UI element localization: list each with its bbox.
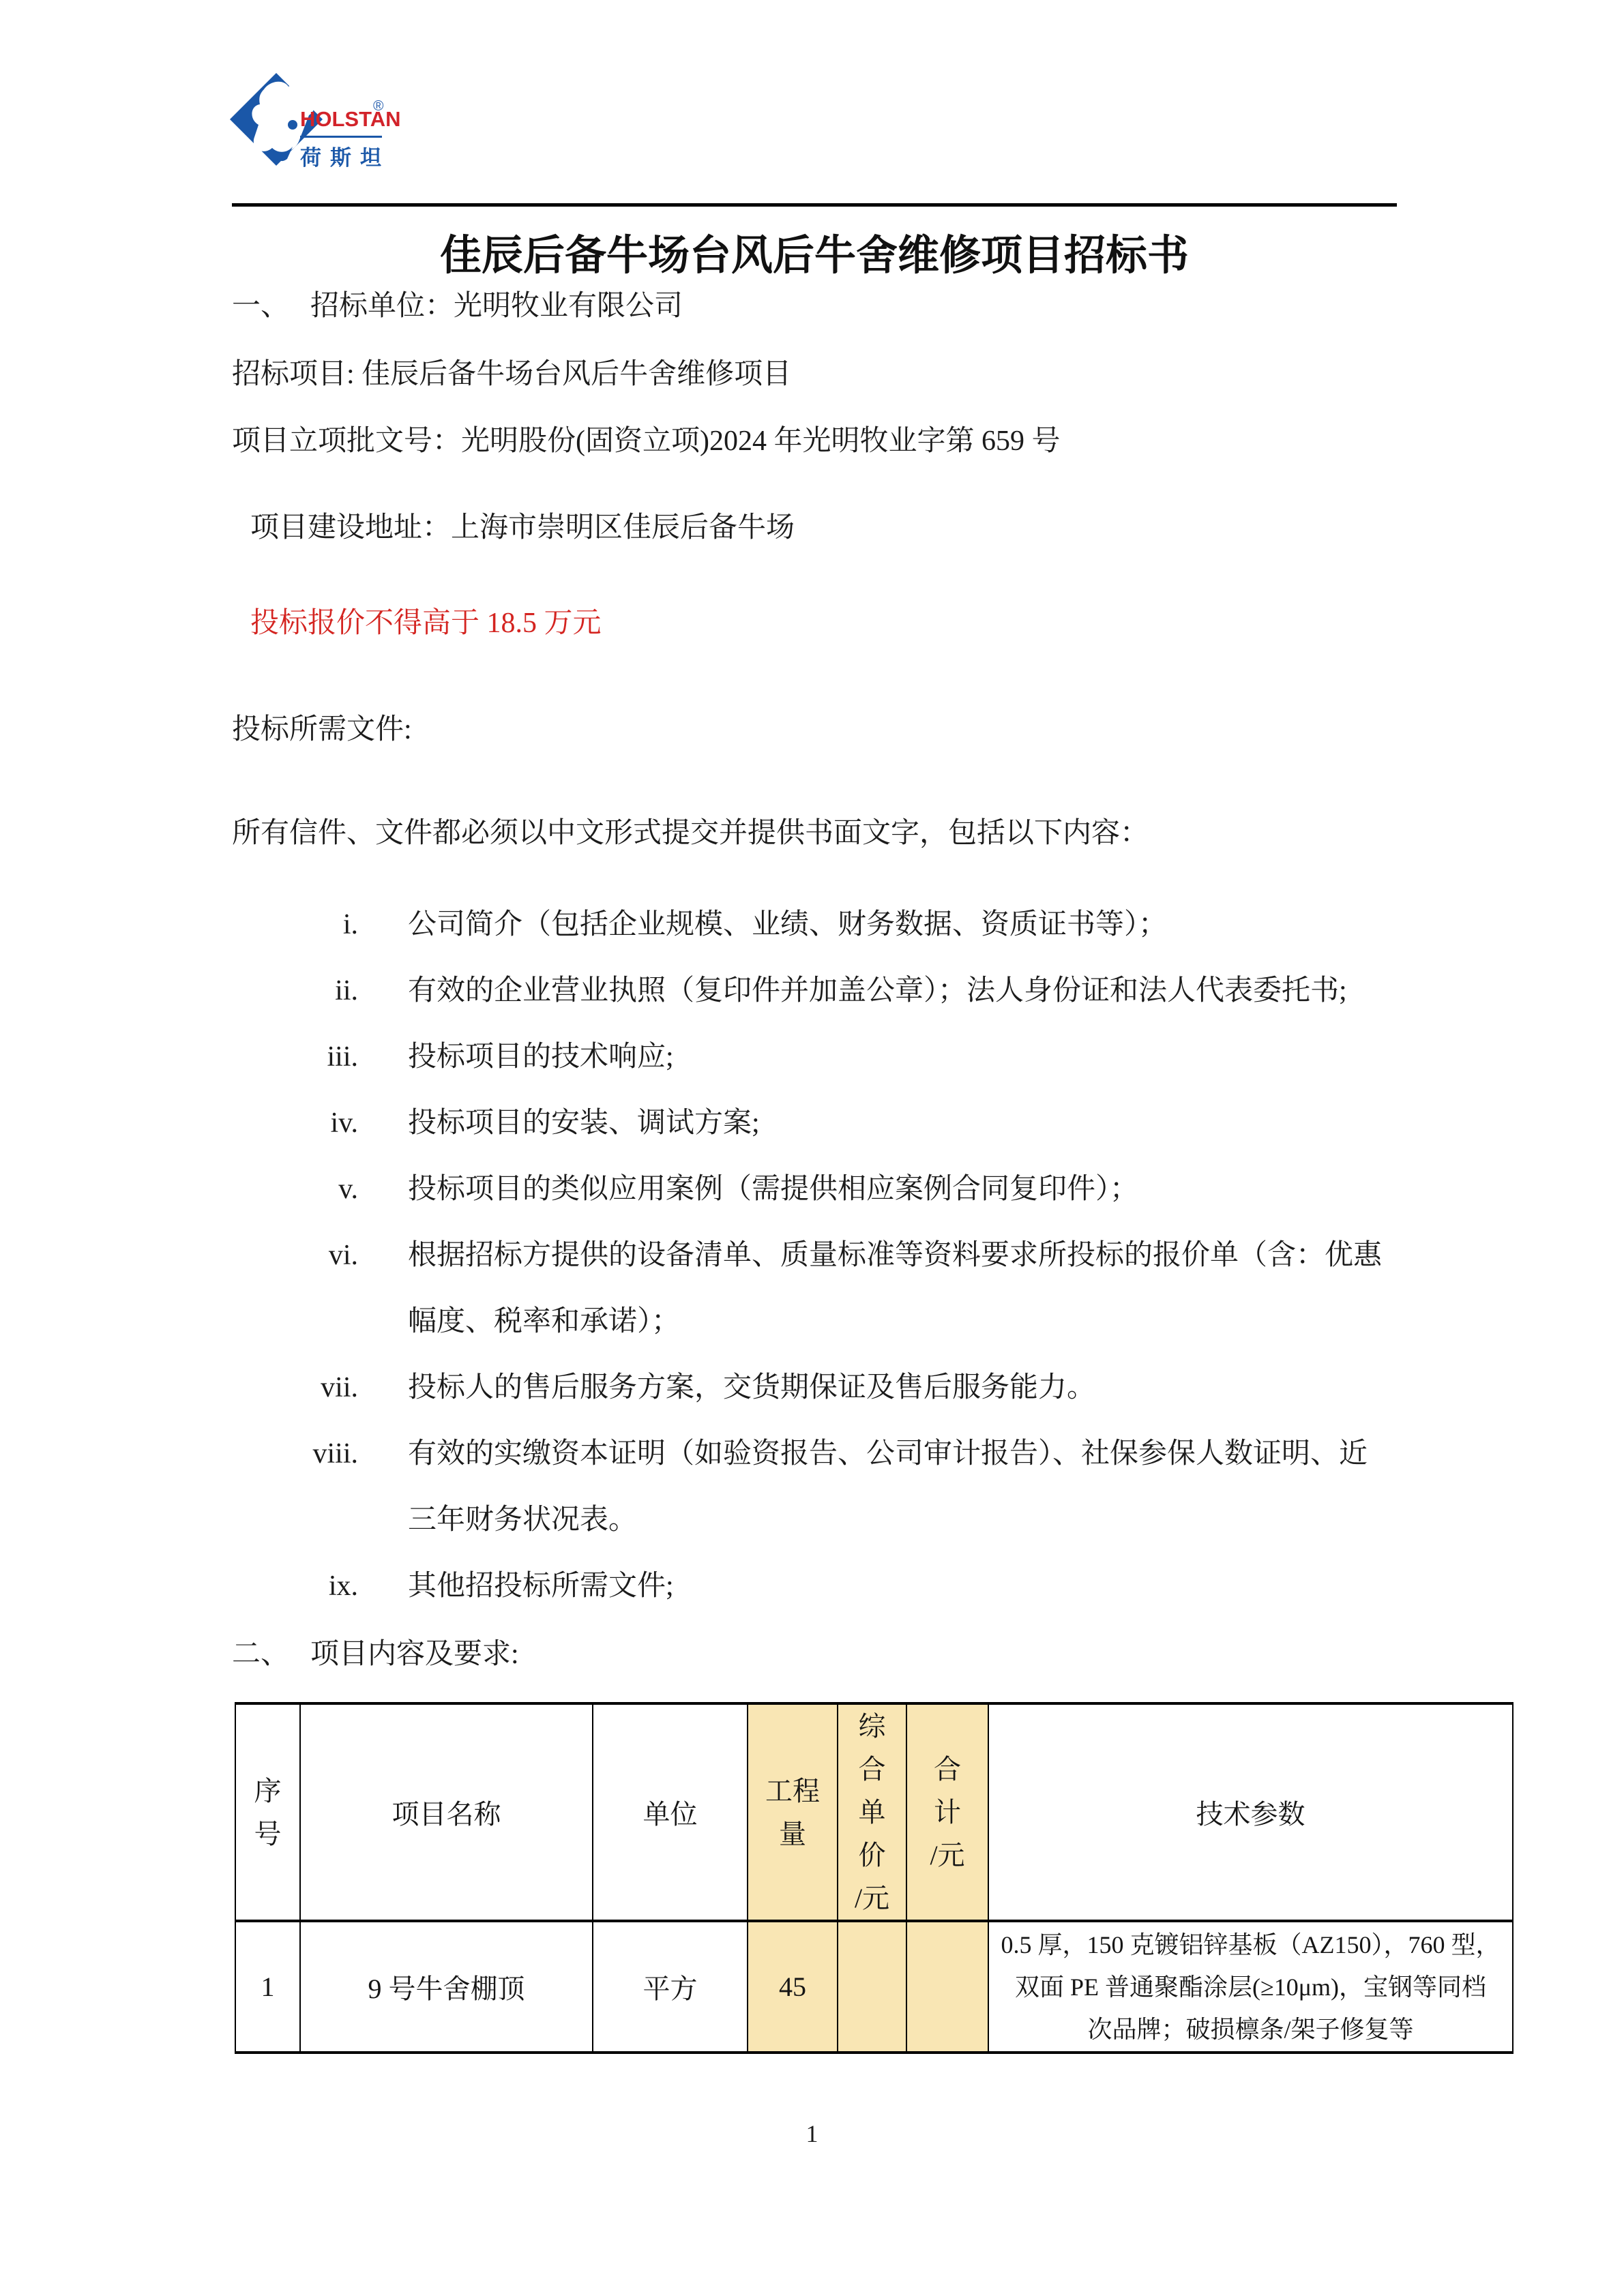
page-title: 佳辰后备牛场台风后牛舍维修项目招标书 — [232, 222, 1397, 282]
para-project-name: 招标项目: 佳辰后备牛场台风后牛舍维修项目 — [232, 351, 791, 392]
list-item-text: 公司简介（包括企业规模、业绩、财务数据、资质证书等）； — [408, 892, 1512, 958]
cell-project-name: 9 号牛舍棚顶 — [300, 1921, 593, 2053]
list-item: iii. 投标项目的技术响应; — [232, 1024, 1512, 1090]
logo-brand-cn: 荷斯坦 — [300, 140, 390, 171]
document-page: HOLSTAN ® 荷斯坦 佳辰后备牛场台风后牛舍维修项目招标书 一、招标单位：… — [0, 0, 1624, 2296]
list-item-ordinal: iv. — [232, 1090, 358, 1157]
list-item-ordinal: ix. — [232, 1553, 358, 1620]
holstan-logo: HOLSTAN ® 荷斯坦 — [228, 68, 406, 170]
bidding-unit-ordinal: 一、 — [232, 283, 310, 324]
logo-brand-en: HOLSTAN — [300, 107, 401, 132]
list-item-text: 有效的企业营业执照（复印件并加盖公章）；法人身份证和法人代表委托书; — [408, 958, 1512, 1024]
header-divider — [232, 203, 1397, 207]
cell-total — [906, 1921, 988, 2053]
list-item-ordinal: i. — [232, 892, 358, 958]
para-docs-note: 所有信件、文件都必须以中文形式提交并提供书面文字，包括以下内容： — [232, 810, 1149, 851]
list-item-ordinal: iii. — [232, 1024, 358, 1090]
para-price-cap: 投标报价不得高于 18.5 万元 — [250, 600, 602, 641]
list-item-text: 投标项目的技术响应; — [408, 1024, 1512, 1090]
page-number: 1 — [0, 2119, 1624, 2148]
para-section2: 二、项目内容及要求: — [232, 1631, 519, 1672]
list-item-text: 投标人的售后服务方案，交货期保证及售后服务能力。 — [408, 1355, 1512, 1421]
list-item-text: 有效的实缴资本证明（如验资报告、公司审计报告）、社保参保人数证明、近 三年财务状… — [408, 1421, 1512, 1553]
list-item-text: 根据招标方提供的设备清单、质量标准等资料要求所投标的报价单（含：优惠 幅度、税率… — [408, 1223, 1512, 1355]
para-required-docs-heading: 投标所需文件: — [232, 706, 412, 747]
header-seq: 序 号 — [235, 1703, 300, 1921]
list-item: vi. 根据招标方提供的设备清单、质量标准等资料要求所投标的报价单（含：优惠 幅… — [232, 1223, 1512, 1355]
list-item: v. 投标项目的类似应用案例（需提供相应案例合同复印件）； — [232, 1157, 1512, 1223]
registered-trademark-icon: ® — [373, 98, 383, 115]
list-item-text: 投标项目的安装、调试方案; — [408, 1090, 1512, 1157]
list-item-ordinal: viii. — [232, 1421, 358, 1487]
cell-unit-price — [838, 1921, 906, 2053]
header-project-name: 项目名称 — [300, 1703, 593, 1921]
table-header-row: 序 号 项目名称 单位 工程 量 综 合 单 价 /元 合 计 /元 技术参数 — [235, 1703, 1513, 1921]
cell-unit: 平方 — [593, 1921, 748, 2053]
header-unit-price: 综 合 单 价 /元 — [838, 1703, 906, 1921]
cell-seq: 1 — [235, 1921, 300, 2053]
para-approval-number: 项目立项批文号：光明股份(固资立项)2024 年光明牧业字第 659 号 — [232, 418, 1060, 459]
bid-docs-list: i. 公司简介（包括企业规模、业绩、财务数据、资质证书等）； ii. 有效的企业… — [232, 892, 1512, 1620]
header-unit: 单位 — [593, 1703, 748, 1921]
list-item-text: 其他招投标所需文件; — [408, 1553, 1512, 1620]
list-item: viii. 有效的实缴资本证明（如验资报告、公司审计报告）、社保参保人数证明、近… — [232, 1421, 1512, 1553]
cell-specs: 0.5 厚，150 克镀铝锌基板（AZ150），760 型， 双面 PE 普通聚… — [988, 1921, 1513, 2053]
list-item-ordinal: vii. — [232, 1355, 358, 1421]
logo-underline — [300, 136, 382, 138]
list-item: ii. 有效的企业营业执照（复印件并加盖公章）；法人身份证和法人代表委托书; — [232, 958, 1512, 1024]
list-item-ordinal: ii. — [232, 958, 358, 1024]
bidding-unit-text: 招标单位：光明牧业有限公司 — [310, 290, 683, 322]
list-item-ordinal: v. — [232, 1157, 358, 1223]
list-item: iv. 投标项目的安装、调试方案; — [232, 1090, 1512, 1157]
header-quantity: 工程 量 — [748, 1703, 838, 1921]
list-item: vii. 投标人的售后服务方案，交货期保证及售后服务能力。 — [232, 1355, 1512, 1421]
list-item-text: 投标项目的类似应用案例（需提供相应案例合同复印件）； — [408, 1157, 1512, 1223]
para-project-address: 项目建设地址：上海市崇明区佳辰后备牛场 — [250, 505, 795, 546]
section2-heading: 项目内容及要求: — [310, 1639, 519, 1670]
para-bidding-unit: 一、招标单位：光明牧业有限公司 — [232, 283, 683, 324]
list-item-ordinal: vi. — [232, 1223, 358, 1289]
table-row: 1 9 号牛舍棚顶 平方 45 0.5 厚，150 克镀铝锌基板（AZ150），… — [235, 1921, 1513, 2053]
section2-ordinal: 二、 — [232, 1631, 310, 1672]
header-specs: 技术参数 — [988, 1703, 1513, 1921]
cell-quantity: 45 — [748, 1921, 838, 2053]
list-item: i. 公司简介（包括企业规模、业绩、财务数据、资质证书等）； — [232, 892, 1512, 958]
list-item: ix. 其他招投标所需文件; — [232, 1553, 1512, 1620]
header-total: 合 计 /元 — [906, 1703, 988, 1921]
project-table: 序 号 项目名称 单位 工程 量 综 合 单 价 /元 合 计 /元 技术参数 … — [235, 1702, 1514, 2054]
